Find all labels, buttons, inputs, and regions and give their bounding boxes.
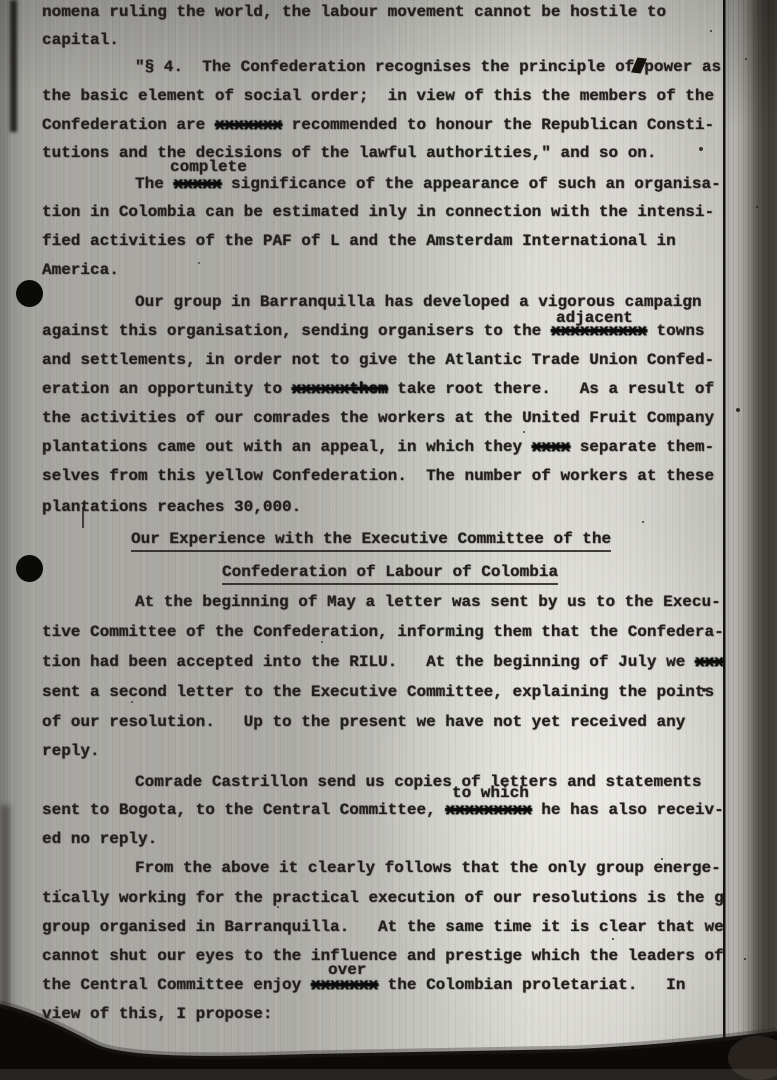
scan-bottom-strip <box>0 1069 777 1080</box>
scanned-document-page: nomena ruling the world, the labour move… <box>0 0 777 1080</box>
page-bottom-shadow <box>0 0 777 1080</box>
